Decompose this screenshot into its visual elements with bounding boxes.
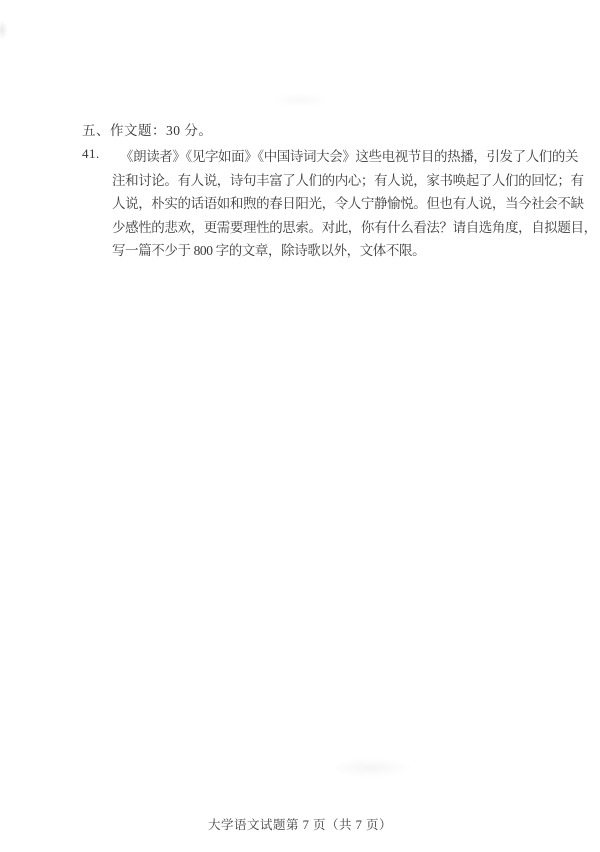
question-line-2: 注和讨论。有人说，诗句丰富了人们的内心；有人说，家书唤起了人们的回忆；有 [112, 169, 542, 193]
question-line-4: 少感性的悲欢，更需要理性的思索。对此，你有什么看法？请自选角度，自拟题目， [112, 216, 542, 240]
section-heading: 五、作文题：30 分。 [82, 119, 212, 139]
page-footer: 大学语文试题第 7 页（共 7 页） [0, 815, 600, 833]
question-text: 《朗读者》《见字如面》《中国诗词大会》这些电视节目的热播，引发了人们的关 注和讨… [112, 145, 542, 263]
question-number: 41. [82, 146, 100, 162]
question-line-3: 人说，朴实的话语如和煦的春日阳光，令人宁静愉悦。但也有人说，当今社会不缺 [112, 192, 542, 216]
question-line-1: 《朗读者》《见字如面》《中国诗词大会》这些电视节目的热播，引发了人们的关 [112, 145, 542, 169]
scanned-exam-page: 五、作文题：30 分。 41. 《朗读者》《见字如面》《中国诗词大会》这些电视节… [0, 0, 600, 852]
question-line-5: 写一篇不少于 800 字的文章，除诗歌以外，文体不限。 [112, 239, 542, 263]
